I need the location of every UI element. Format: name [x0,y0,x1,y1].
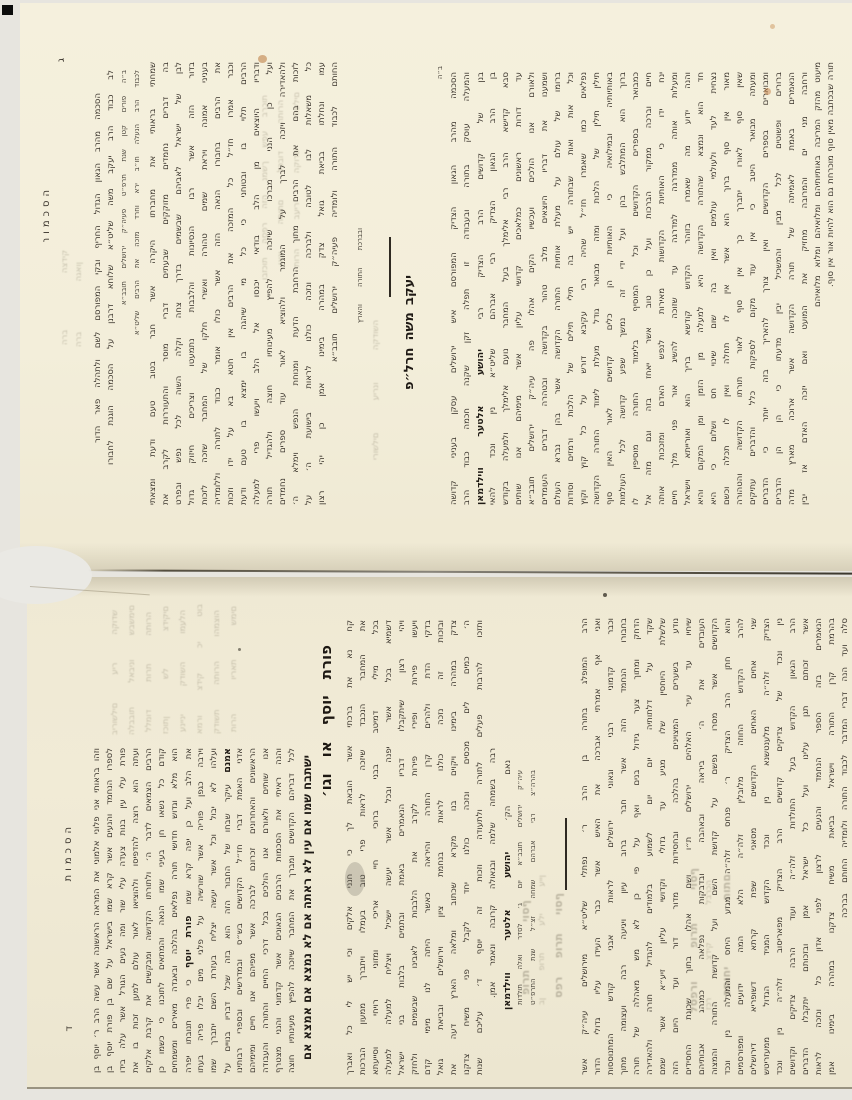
text-run: שקד על דלתותיה יום יום לשמוע בלמודים להג… [645,618,655,1075]
text-column: הצדיק זלה״ה מלענטשנא נין ונכד הקדוש המגי… [762,618,773,1075]
text-column: אשר זכותם תגן עלינו ועל כל ישראל אמן ובז… [801,618,812,1075]
text-column: צדק במהרה בימינו ויקוים בנו מקרא שכתוב ו… [449,620,460,1075]
bleed-through-text: םימש תאריו הרות [229,606,240,732]
paper-stain [238,648,241,651]
bold-text-run: יהושע אלטער ווילדמאן [475,349,486,505]
section-separator-rule [389,237,391,297]
text-run: בהרמת קרן התורה וישראל בביאת משיח צדקנו … [827,618,837,1075]
text-column: לכל דבריהם הקדושים ומברך את המחבר שיזכה … [287,748,298,1073]
text-run: והנה ראיתי את הסכמות הרבנים הגאונים אשר … [274,748,284,1073]
text-column: הנאמרים בזה הספר הנחמד והנעים לרצון לפני… [814,618,825,1075]
bleed-through-text: ןואגה ברה [74,262,85,347]
text-column: בדקי הדת ולהרים קרן התורה והיראה כאשר הי… [423,620,434,1075]
text-run: םיקידצ לש ןתוכז [161,606,171,734]
bleed-through-text: השודקה ונריע םילשורי [371,320,382,460]
text-run: ועלהו לא יבול וכל אשר יעשה יצליח בעזרת ה… [209,748,219,1073]
text-run: שלשלת היוחסין שלו מגיע עד גדולי וקדושי ע… [658,618,668,1075]
text-column: החותם לכבוד התורה ולומדיה פעיה״ק ירושלים… [330,62,341,362]
text-run: נאם הק׳ [503,760,513,852]
scanner-corner-mark [2,5,13,15]
text-run: םימשבש וניבאל תובבלה [127,605,137,735]
text-column: ולאורם אנו הולכים ועכשיו הקים אהלו פה עי… [527,72,538,505]
text-run: וכבר קדמוני רבני וגאוני ירושלים לראות אב… [606,618,616,1075]
text-run: קח נא את ברכתי אשר הובאת לך כי חנני אלקי… [345,620,355,1075]
text-column: וכבר קדמוני רבני וגאוני ירושלים לראות אב… [606,618,617,1075]
text-column: הראשונים והאחרונים זכרונם לברכה אשר מפיה… [248,748,259,1073]
text-run: ןואגה ברה [74,262,84,347]
running-header: הסכמות [41,186,52,242]
text-column: נודע בשערים המצוינים בהלכה ובחסידות מדור… [671,618,682,1075]
text-column: הסכמה מהרב הגאון הגדול החריף ובקי המפורס… [93,93,104,443]
text-column: ושמענו את דבריו היוצאים מלב טהור בקדושה … [540,72,551,505]
text-run: ויעשו פירות ופירי פירות לקרב את הלבבות ל… [410,620,420,1075]
text-run: נצחית לעד ולעולמי עולמים ואין בה שום שינ… [709,72,719,505]
text-column: הנאמרים באמת לאמיתה של תורה הקדושה אשר א… [787,72,798,505]
text-run: בדקי הדת ולהרים קרן התורה והיראה כאשר הי… [423,620,433,1075]
text-run: נפלאים כמו שאמרו חז״ל שהיה רבי עקיבא דור… [579,72,589,505]
text-run: עמו ונחלתו בביאת גואל צדק במהרה בימינו א… [317,62,327,505]
text-column: בה דברים נחמדים מזוקקים שבעתים דברי מוסר… [161,62,172,505]
text-column: שאין סוף לאורו יתברך כך אין סוף לאור תור… [735,72,746,505]
text-column: הרבים תלוי בו ובטוחני כי כל מי שיהגה בו … [239,62,250,505]
text-column: את הרבים בחבורו הנאה הזה אשר כולו אומר כ… [213,62,224,505]
text-run: שדוקה ריע םילשוריב [110,610,120,735]
text-run: ויהי רצון שיתקבלו דבריו הנאמרים באמת ובת… [397,620,407,1075]
text-run: כל משאלות לבו לטובה ולברכה ונזכה כולנו ל… [304,62,314,505]
text-run: שיחיו עד עיר האלהים ירושלים ת״ו ושם אהלו… [684,618,694,1075]
bleed-through-text: םימשבש וניבאל תובבלה [127,605,138,735]
text-column: ובברכת התורה והארץ [356,228,365,323]
text-run: הנאמרים באמת לאמיתה של תורה הקדושה אשר א… [787,72,797,505]
text-column: בנן של קדושים הרב הצדיק רבי יהושע אלטער … [475,72,487,505]
text-column: פורת עלי עין בנות צעדה עלי שור ומה נעים … [118,748,129,1073]
text-column: ב״ה פורים קטן שנת תרפ״ט פעיה״ק ירושלים ת… [120,70,129,305]
paper-stain [770,24,775,29]
text-column: את הלב ועל כן יפה קרא שמו פורת יוסף כי פ… [183,748,195,1073]
text-run: בנן של קדושים הרב הצדיק רבי [476,72,486,349]
text-column: הרב המופלג בתורה בן הרב ר׳ נפתלי שליט״א … [580,618,591,1075]
text-column: ברורים ופשוטים לכל מבין והמשכיל יבין מדע… [774,72,785,505]
text-column: ולהאדירה ויזכה לברך על המוגמר ולהוציא לא… [278,62,289,505]
text-column: ועלהו לא יבול וכל אשר יעשה יצליח בעזרת ה… [209,748,220,1073]
text-run: ומבוארים בספרים הקדושים ואין צורך להאריך… [761,72,771,505]
scanned-document-canvas: תוכרב עפש ךשמנ הזה רפסה תוכזבוהרותה דובכ… [0,0,852,1100]
text-column: להרב הקדוש החוזה מלובלין זלה״ה הלא המה י… [736,618,747,1075]
text-run: ןייע ילע תרופ ןב [537,875,547,1005]
text-column: ועתה הוא רוצה להדפיסו ולהוציאו לאור עולם… [131,748,142,1073]
text-run: שאין סוף לאורו יתברך כך אין סוף לאור תור… [735,72,745,505]
text-run: הסכמות [63,823,74,881]
text-column: חד הוא ונמצא שהתורה הקדושה היא למעלה מן … [696,72,707,505]
text-run: םימש תאריו הרות [229,606,239,732]
text-column: ב״ה [436,66,445,88]
text-run: את המחבר הנכבד שיזכה לראות פרי טוב בעמלו… [358,620,368,1075]
text-run: בהרה״צ רבי אברהם שמחה זצ״ל שנת התרפ״ט [529,770,537,1005]
text-run: ואני אף אמרתי אברכה את האיש אשר כבר העיד… [593,618,603,1075]
bold-text-run: פורת יוסף [183,916,194,969]
text-column: ישתבח שמו אם עין לא ראתה אם לא נמצא אם א… [300,755,314,1060]
text-run: פורת עלי עין בנות צעדה עלי שור ומה נעים … [118,748,128,1073]
text-column: ובזכות זה נזכה כולנו לראות בנחמת ציון וי… [436,620,447,1075]
text-column: שני אחים האחים הקדושים מסאני שפת קרתא דש… [749,618,760,1075]
text-column: קח נא את ברכתי אשר הובאת לך כי חנני אלקי… [345,620,356,1075]
text-column: עד דורות ראשונים כמלאכים קדושי עליון אשר… [514,72,525,505]
text-run: וזהו בראותי אני פלוני אלמוני את המראה הר… [92,748,102,1073]
text-column: העובדים את ה׳ ביראה ובאהבה ובדבקות נפלאה… [697,618,708,1075]
paper-stain [258,55,267,63]
text-run: ודבריו היוצאים מן הלב בודאי יכנסו אל הלב… [252,62,262,505]
text-column: עמו ונחלתו בביאת גואל צדק במהרה בימינו א… [317,62,328,505]
text-column: כמבואר בספרים הקדושים וכל המוסיף בלימוד … [631,72,642,505]
text-column: לספרו הנחמד והנעים אשר קרא שמו בישראל על… [105,748,116,1073]
text-run: ישתבח שמו אם עין לא ראתה אם לא נמצא אם א… [300,755,314,1060]
text-run: את הלב ועל כן יפה קרא שמו [184,748,194,916]
text-run: לכבוד הרב הנעלה חו״ב ירא וחרד מזכה את הר… [133,70,141,335]
text-run: סבא קדישא הרב רבי אלימלך בעל המחבר נועם … [501,72,511,505]
text-run: ףסוי תרופ רפס [553,893,564,998]
bold-text-run: אמנם [222,748,233,773]
page-number: ד [64,1026,75,1040]
text-column: והנה ראיתי את הסכמות הרבנים הגאונים אשר … [274,748,285,1073]
text-run: מיעוט מהזק המריבה באותיותיהם ומלואיהם ומ… [813,62,823,307]
text-column: הרבים הצמאים לדבר ה׳ ולתורתו הקדושה ומבק… [144,748,155,1073]
text-run: והמעלה עוסק בתורה ובעבודה זו תפלה זקן שק… [462,72,472,505]
text-run: הרבים הצמאים לדבר ה׳ ולתורתו הקדושה ומבק… [144,748,154,1073]
text-column: ומבוארים בספרים הקדושים ואין צורך להאריך… [761,72,772,505]
text-column: ותזכו להרבות פעלים לתורה ולתעודה וזכות ז… [475,620,486,1075]
text-column: הוא מלא וגדוש חדושי תורה נפלאים בהלכה וב… [170,748,181,1073]
text-run: תילין תילין של הלכות ומזה מבואר גודל מעל… [592,72,602,505]
text-column: תילין תילין של הלכות ומזה מבואר גודל מעל… [592,72,603,505]
text-run: ומעלות אותה ממדרגה למדרגה עד שזוכה להשיג… [670,72,680,505]
text-run: ינח ידו כי האותיות הקדושות מאירות לנפש ה… [657,72,667,505]
bleed-through-text: םיקידצ לש ןתוכז [161,606,172,734]
text-run: ה׳ כמים לים מכסים ונזכה כולנו יחד לקבל פ… [462,620,472,1075]
text-column: סלה ועד הנה דברי המדבר לכבוד התורה ולומד… [840,618,851,918]
text-run: בכל מילי דמיטב בבני ברוכי חיי אריכי ומזו… [371,620,381,1075]
text-run: העובדים את ה׳ ביראה ובאהבה ובדבקות נפלאה… [697,618,707,1075]
text-column: והמעלה עוסק בתורה ובעבודה זו תפלה זקן שק… [462,72,473,505]
text-run: והנה ידוע מה שאמרו בזוהר הקדוש קודשא ברי… [683,72,693,505]
bleed-through-text: הלעמו השודק יניינע [178,610,189,732]
text-column: שיחיו עד עיר האלהים ירושלים ת״ו ושם אהלו… [684,618,695,1075]
text-run: יעקב משה חרל״פ [402,275,417,390]
text-run: ותזכו להרבות פעלים לתורה ולתעודה וזכות ז… [475,620,485,1075]
text-column: תורה שבכתבה מאין סוף מוכרחת גם הוא להיות… [826,62,837,287]
text-run: הסכמה מהרב הגאון הצדיק המפורסם איש ירושל… [449,72,459,505]
text-column: ורחבה מני ים והמרובה מחזיק את המועט ואם … [800,72,811,505]
text-run: הרותה תרות דומלל [144,612,154,732]
text-run: נין ונכד של צדיקים קדושים הרב הצדיק מפאר… [775,618,785,1075]
text-run: פורת יוסף או וגו׳ [318,645,335,797]
text-run: הסכמות [41,186,52,242]
text-run: ב״ה פורים קטן שנת תרפ״ט פעיה״ק ירושלים ת… [120,70,128,305]
text-run: אדני האמת דברי חז״ל הקדושים בש״ס ובמדרשי… [235,748,245,1073]
text-column: סבא קדישא הרב רבי אלימלך בעל המחבר נועם … [501,72,512,505]
text-column: בהרה״צ רבי אברהם שמחה זצ״ל שנת התרפ״ט [529,770,538,1005]
text-column: בחבורו הנחמד הזה אשר חבר ברוב עיון ויגיע… [619,618,630,1075]
text-run: שני אחים האחים הקדושים מסאני שפת קרתא דש… [749,618,759,1075]
text-column: והוא חתן הרב הצדיק ר׳ פנחס זלה״ה מגזע הי… [723,618,734,1075]
text-column: וירבה כגפן פוריה אשר שורשיה על פלגי מים … [196,748,207,1073]
text-column: נין ונכד של צדיקים קדושים הרב הצדיק מפאר… [775,618,786,1075]
text-column: ה׳ כמים לים מכסים ונזכה כולנו יחד לקבל פ… [462,620,473,1075]
running-header: הסכמות [63,823,74,885]
text-column: ואני אף אמרתי אברכה את האיש אשר כבר העיד… [593,618,604,1075]
page-number: ג [56,58,67,72]
text-run: אנו שותים ולאורם אנו הולכים בכל דרכי החי… [261,748,271,1073]
text-column: בדור הזה אשר רבו הנסיונות והלבבות נתמעטו… [187,62,198,505]
text-run: עד דורות ראשונים כמלאכים קדושי עליון אשר… [514,72,524,505]
text-run: בוט יכ קידצ ורמא [195,604,205,734]
text-run: וכבר אמרו חז״ל כל המזכה את הרבים אין חטא… [226,62,236,505]
text-run: הראשונים והאחרונים זכרונם לברכה אשר מפיה… [248,748,258,1073]
bottom-page-edge-line [27,1087,852,1089]
text-run: מאור אין סוף ברוך הוא אשר אין לו תחלה וא… [722,72,732,505]
text-column: הסכמה מהרב הגאון הצדיק המפורסם איש ירושל… [449,72,460,505]
text-run: צדק במהרה בימינו ויקוים בנו מקרא שכתוב ו… [449,620,459,1075]
text-run: והוא חתן הרב הצדיק ר׳ פנחס זלה״ה מגזע הי… [723,618,733,1075]
text-run: השודקה ונריע םילשורי [371,320,381,460]
text-column: יעקב משה חרל״פ [402,275,417,390]
text-column: כל משאלות לבו לטובה ולברכה ונזכה כולנו ל… [304,62,315,505]
text-run: ברורים ופשוטים לכל מבין והמשכיל יבין מדע… [774,72,784,505]
text-run: עיקר שבחו של החבור הזה הוא בזה שכל דבריו… [223,773,233,1073]
bleed-through-text: בוט יכ קידצ ורמא [195,604,206,734]
text-column: הדחק ומתוך צער גידול בנים ואף על פי כן ל… [632,618,643,1075]
text-run: דשמיא בכל אשר יפנה ובכל אשר יעשה ישכיל ו… [384,620,394,1075]
text-run: תורה שבכתבה מאין סוף מוכרחת גם הוא להיות… [826,62,836,287]
text-run: הרב המופלג בתורה בן הרב ר׳ נפתלי שליט״א … [580,618,590,1075]
text-run: ומעתה מבואר היטב כי אין עוד מקום לספקות … [748,72,758,505]
text-column: פורת יוסף או וגו׳ [318,645,335,797]
text-column: בכל מילי דמיטב בבני ברוכי חיי אריכי ומזו… [371,620,382,1075]
text-run: לכל דבריהם הקדושים ומברך את המחבר שיזכה … [287,748,297,1073]
text-run: בה דברים נחמדים מזוקקים שבעתים דברי מוסר… [161,62,171,505]
text-run: קודם כל נשאו חן בעיני שמו הנאה והמתאים ל… [157,748,167,1073]
text-run: ושמענו את דבריו היוצאים מלב טהור בקדושה … [540,72,550,505]
text-column: וכל אות ואות שבתורה יש בה תילי תילים של … [566,72,577,505]
text-run: בן הרב הגאון הצדיק רבי אברהם שליט״א נין … [488,72,498,505]
paper-stain [345,862,365,896]
paper-stain [603,593,607,597]
text-run: ובזכות זה נזכה כולנו לראות בנחמת ציון וי… [436,620,446,1075]
text-run: החותם לכבוד התורה ולומדיה פעיה״ק ירושלים… [330,62,340,362]
text-run: לבן של ישראל לאביהם שבשמים בדרך צחה וקלה… [174,62,184,505]
text-column: לכבוד הרב הנעלה חו״ב ירא וחרד מזכה את הר… [133,70,142,335]
text-run: לזכות בהם את הרבים מתוך הרחבת הדעת ומנוח… [291,62,301,505]
text-run: הוא מלא וגדוש חדושי תורה נפלאים בהלכה וב… [170,748,180,1073]
bold-text-run: יהושע אלטער ווילדמאן [502,852,513,1010]
text-run: ועל כן הנני מברכו שיזכה להפיץ מעינותיו ח… [265,62,275,505]
text-column: אמנם עיקר שבחו של החבור הזה הוא בזה שכל … [222,748,234,1073]
text-column: בעניני אמונה ויראת שמים טהורה ואשרי חלקו… [200,62,211,505]
text-run: בעניני אמונה ויראת שמים טהורה ואשרי חלקו… [200,62,210,505]
text-column: ומעתה מבואר היטב כי אין עוד מקום לספקות … [748,72,759,505]
text-column: מאור אין סוף ברוך הוא אשר אין לו תחלה וא… [722,72,733,505]
text-column: הרב הגאון הקדוש בעל התולדות זלה״ה ועוד ה… [788,618,799,1075]
text-column: שקד על דלתותיה יום יום לשמוע בלמודים להג… [645,618,656,1075]
paper-stain [764,88,771,95]
text-column: ויעשו פירות ופירי פירות לקרב את הלבבות ל… [410,620,421,1075]
text-column: נצחית לעד ולעולמי עולמים ואין בה שום שינ… [709,72,720,505]
text-column: בן הרב הגאון הצדיק רבי אברהם שליט״א נין … [488,72,499,505]
bleed-through-text: קידצה ברה [60,250,71,345]
text-column: לבן של ישראל לאביהם שבשמים בדרך צחה וקלה… [174,62,185,505]
text-run: הקדושים אשר מסרו נפשם על קדושת השם ועל ק… [710,618,720,1075]
bleed-through-text: ןייע ילע תרופ ןב [537,875,548,1005]
text-column: רבה בשמחה שלמה ובגאולה קרובה ונאמר אמן. [488,748,499,998]
text-run: ולאורם אנו הולכים ועכשיו הקים אהלו פה עי… [527,72,537,505]
text-column: דשמיא בכל אשר יפנה ובכל אשר יעשה ישכיל ו… [384,620,395,1075]
text-run: סלה ועד הנה דברי המדבר לכבוד התורה ולומד… [840,618,850,918]
text-column: אנו שותים ולאורם אנו הולכים בכל דרכי החי… [261,748,272,1073]
bleed-through-text: שדוקה ריע םילשוריב [110,610,121,735]
text-run: נודע בשערים המצוינים בהלכה ובחסידות מדור… [671,618,681,1075]
text-run: ועתה הוא רוצה להדפיסו ולהוציאו לאור עולם… [131,748,141,1073]
text-column: באותיותיה ובמילואיה כי האותיות הן כלים ק… [605,72,616,505]
text-column: לזכות בהם את הרבים מתוך הרחבת הדעת ומנוח… [291,62,302,505]
text-run: שמחתי בראותי את מחברתו היקרה אשר חבר בטו… [148,62,158,505]
text-run: וירבה כגפן פוריה אשר שורשיה על פלגי מים … [196,748,206,1073]
text-column: ויהי רצון שיתקבלו דבריו הנאמרים באמת ובת… [397,620,408,1075]
text-run: את הרבים בחבורו הנאה הזה אשר כולו אומר כ… [213,62,223,505]
text-column: אדני האמת דברי חז״ל הקדושים בש״ס ובמדרשי… [235,748,246,1073]
text-column: מיעוט מהזק המריבה באותיותיהם ומלואיהם ומ… [813,62,824,307]
text-column: לב כבוד הרב יעקב משה שליט״א שלוחא דרבנן … [106,70,117,465]
text-column: ועל כן הנני מברכו שיזכה להפיץ מעינותיו ח… [265,62,276,505]
text-column: ודבריו היוצאים מן הלב בודאי יכנסו אל הלב… [252,62,263,505]
text-run: לספרו הנחמד והנעים אשר קרא שמו בישראל על… [105,748,115,1073]
text-column: ינח ידו כי האותיות הקדושות מאירות לנפש ה… [657,72,668,505]
text-run: חיים וברכה ממקור הברכות ועל כן טוב אשר י… [644,72,654,505]
text-run: ג [56,58,67,62]
text-column: נאם הק׳ יהושע אלטער ווילדמאן [502,760,514,1010]
text-column: הקדושים אשר מסרו נפשם על קדושת השם ועל ק… [710,618,721,1075]
text-run: הרבים תלוי בו ובטוחני כי כל מי שיהגה בו … [239,62,249,505]
text-column: שמחתי בראותי את מחברתו היקרה אשר חבר בטו… [148,62,159,505]
text-column: ברומו של עולם על מעלת אותיות התורה הקדוש… [553,72,564,505]
text-run: אשר זכותם תגן עלינו ועל כל ישראל אמן ובז… [801,618,811,1075]
text-run: הצדיק זלה״ה מלענטשנא נין ונכד הקדוש המגי… [762,618,772,1075]
text-column: נפלאים כמו שאמרו חז״ל שהיה רבי עקיבא דור… [579,72,590,505]
text-run: ובברכת התורה והארץ [356,228,364,323]
text-run: הסכמה מהרב הגאון הגדול החריף ובקי המפורס… [93,93,103,443]
bleed-through-text: הוצמהו הרותה תשודק [212,610,223,734]
text-run: לב כבוד הרב יעקב משה שליט״א שלוחא דרבנן … [106,70,116,465]
text-run: ולהאדירה ויזכה לברך על המוגמר ולהוציא לא… [278,62,288,505]
text-run: עיה״ק ירושלים תובב״א יום ג׳ לסדר ואלה תו… [516,770,524,1005]
text-column: ומעלות אותה ממדרגה למדרגה עד שזוכה להשיג… [670,72,681,505]
text-run: ב״ה [436,66,444,79]
text-run: ורחבה מני ים והמרובה מחזיק את המועט ואם … [800,72,810,505]
text-column: עיה״ק ירושלים תובב״א יום ג׳ לסדר ואלה תו… [516,770,525,1005]
text-run: הנאמרים בזה הספר הנחמד והנעים לרצון לפני… [814,618,824,1075]
text-run: להרב הקדוש החוזה מלובלין זלה״ה הלא המה י… [736,618,746,1075]
text-run: הוצמהו הרותה תשודק [212,610,222,734]
text-column: חיים וברכה ממקור הברכות ועל כן טוב אשר י… [644,72,655,505]
text-run: ברומו של עולם על מעלת אותיות התורה הקדוש… [553,72,563,505]
text-column: וזהו בראותי אני פלוני אלמוני את המראה הר… [92,748,103,1073]
text-run: וכל אות ואות שבתורה יש בה תילי תילים של … [566,72,576,505]
text-run: ברוך הוא המתלבש בהן ועל ידי זה נמשך שפע … [618,72,628,505]
bleed-through-text: הרותה תרות דומלל [144,612,155,732]
text-column: ברוך הוא המתלבש בהן ועל ידי זה נמשך שפע … [618,72,629,505]
bleed-through-text: ףסוי תרופ רפס [553,893,564,998]
text-run: בחבורו הנחמד הזה אשר חבר ברוב עיון ויגיע… [619,618,629,1075]
text-run: כמבואר בספרים הקדושים וכל המוסיף בלימוד … [631,72,641,505]
text-run: בדור הזה אשר רבו הנסיונות והלבבות נתמעטו… [187,62,197,505]
section-separator-rule [565,818,567,890]
text-run: קידצה ברה [60,250,70,345]
text-column: וכבר אמרו חז״ל כל המזכה את הרבים אין חטא… [226,62,237,505]
text-run: כי פרי תנובתו יפרה [184,968,194,1073]
text-run: הדחק ומתוך צער גידול בנים ואף על פי כן ל… [632,618,642,1075]
text-column: בהרמת קרן התורה וישראל בביאת משיח צדקנו … [827,618,838,1075]
text-run: באותיותיה ובמילואיה כי האותיות הן כלים ק… [605,72,615,505]
text-run: ד [64,1026,75,1031]
text-column: שלשלת היוחסין שלו מגיע עד גדולי וקדושי ע… [658,618,669,1075]
text-column: והנה ידוע מה שאמרו בזוהר הקדוש קודשא ברי… [683,72,694,505]
text-column: את המחבר הנכבד שיזכה לראות פרי טוב בעמלו… [358,620,369,1075]
text-run: רבה בשמחה שלמה ובגאולה קרובה ונאמר אמן. [488,748,498,998]
text-column: קודם כל נשאו חן בעיני שמו הנאה והמתאים ל… [157,748,168,1073]
text-run: הרב הגאון הקדוש בעל התולדות זלה״ה ועוד ה… [788,618,798,1075]
text-run: הלעמו השודק יניינע [178,610,188,732]
text-run: חד הוא ונמצא שהתורה הקדושה היא למעלה מן … [696,72,706,505]
